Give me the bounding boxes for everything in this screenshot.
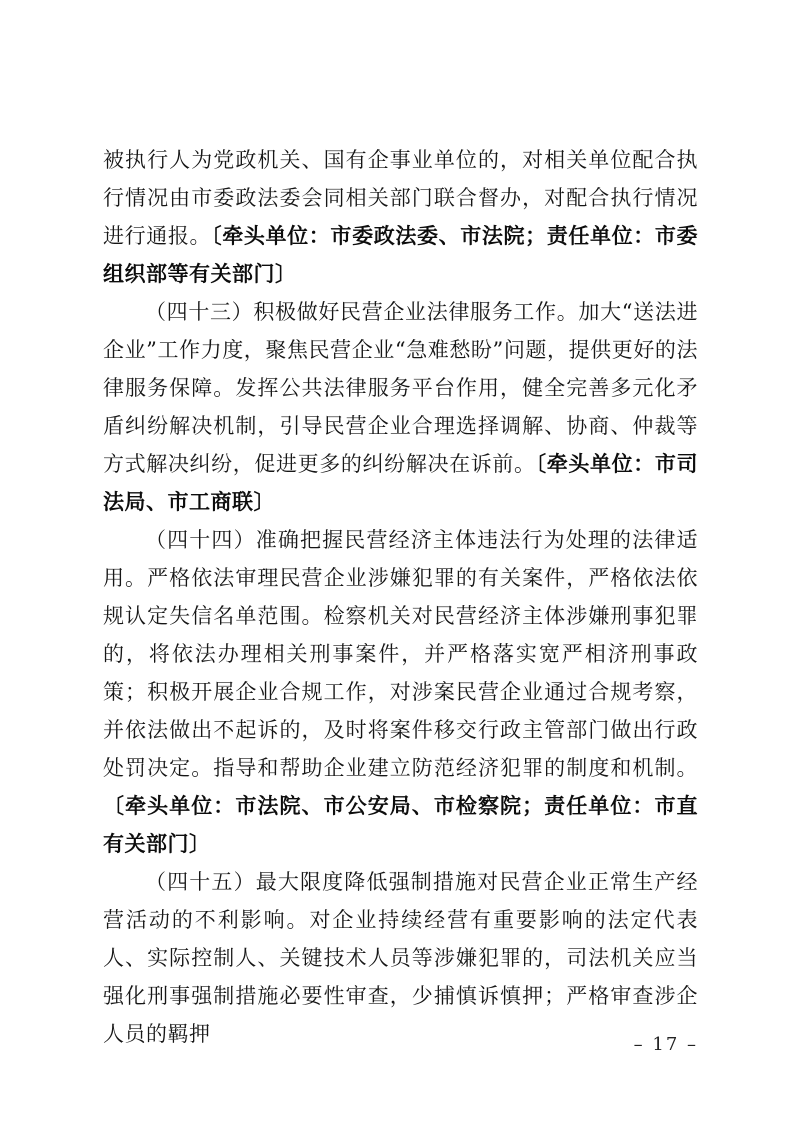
page-number: – 17 – <box>634 1033 698 1057</box>
clause-heading: （四十三）积极做好民营企业法律服务工作。 <box>145 300 578 324</box>
paragraph-text: 严格依法审理民营企业涉嫌犯罪的有关案件，严格依法依规认定失信名单范围。检察机关对… <box>103 566 698 780</box>
paragraph-43: （四十三）积极做好民营企业法律服务工作。加大“送法进企业”工作力度，聚焦民营企业… <box>103 293 698 521</box>
document-body: 被执行人为党政机关、国有企事业单位的，对相关单位配合执行情况由市委政法委会同相关… <box>103 141 698 1053</box>
paragraph-45: （四十五）最大限度降低强制措施对民营企业正常生产经营活动的不利影响。对企业持续经… <box>103 863 698 1053</box>
paragraph-44: （四十四）准确把握民营经济主体违法行为处理的法律适用。严格依法审理民营企业涉嫌犯… <box>103 521 698 863</box>
document-page: 被执行人为党政机关、国有企事业单位的，对相关单位配合执行情况由市委政法委会同相关… <box>0 0 793 1122</box>
paragraph-42-continuation: 被执行人为党政机关、国有企事业单位的，对相关单位配合执行情况由市委政法委会同相关… <box>103 141 698 293</box>
paragraph-text: 加大“送法进企业”工作力度，聚焦民营企业“急难愁盼”问题，提供更好的法律服务保障… <box>103 300 698 476</box>
responsible-unit-label: 〔牵头单位：市法院、市公安局、市检察院；责任单位：市直有关部门〕 <box>103 794 698 856</box>
